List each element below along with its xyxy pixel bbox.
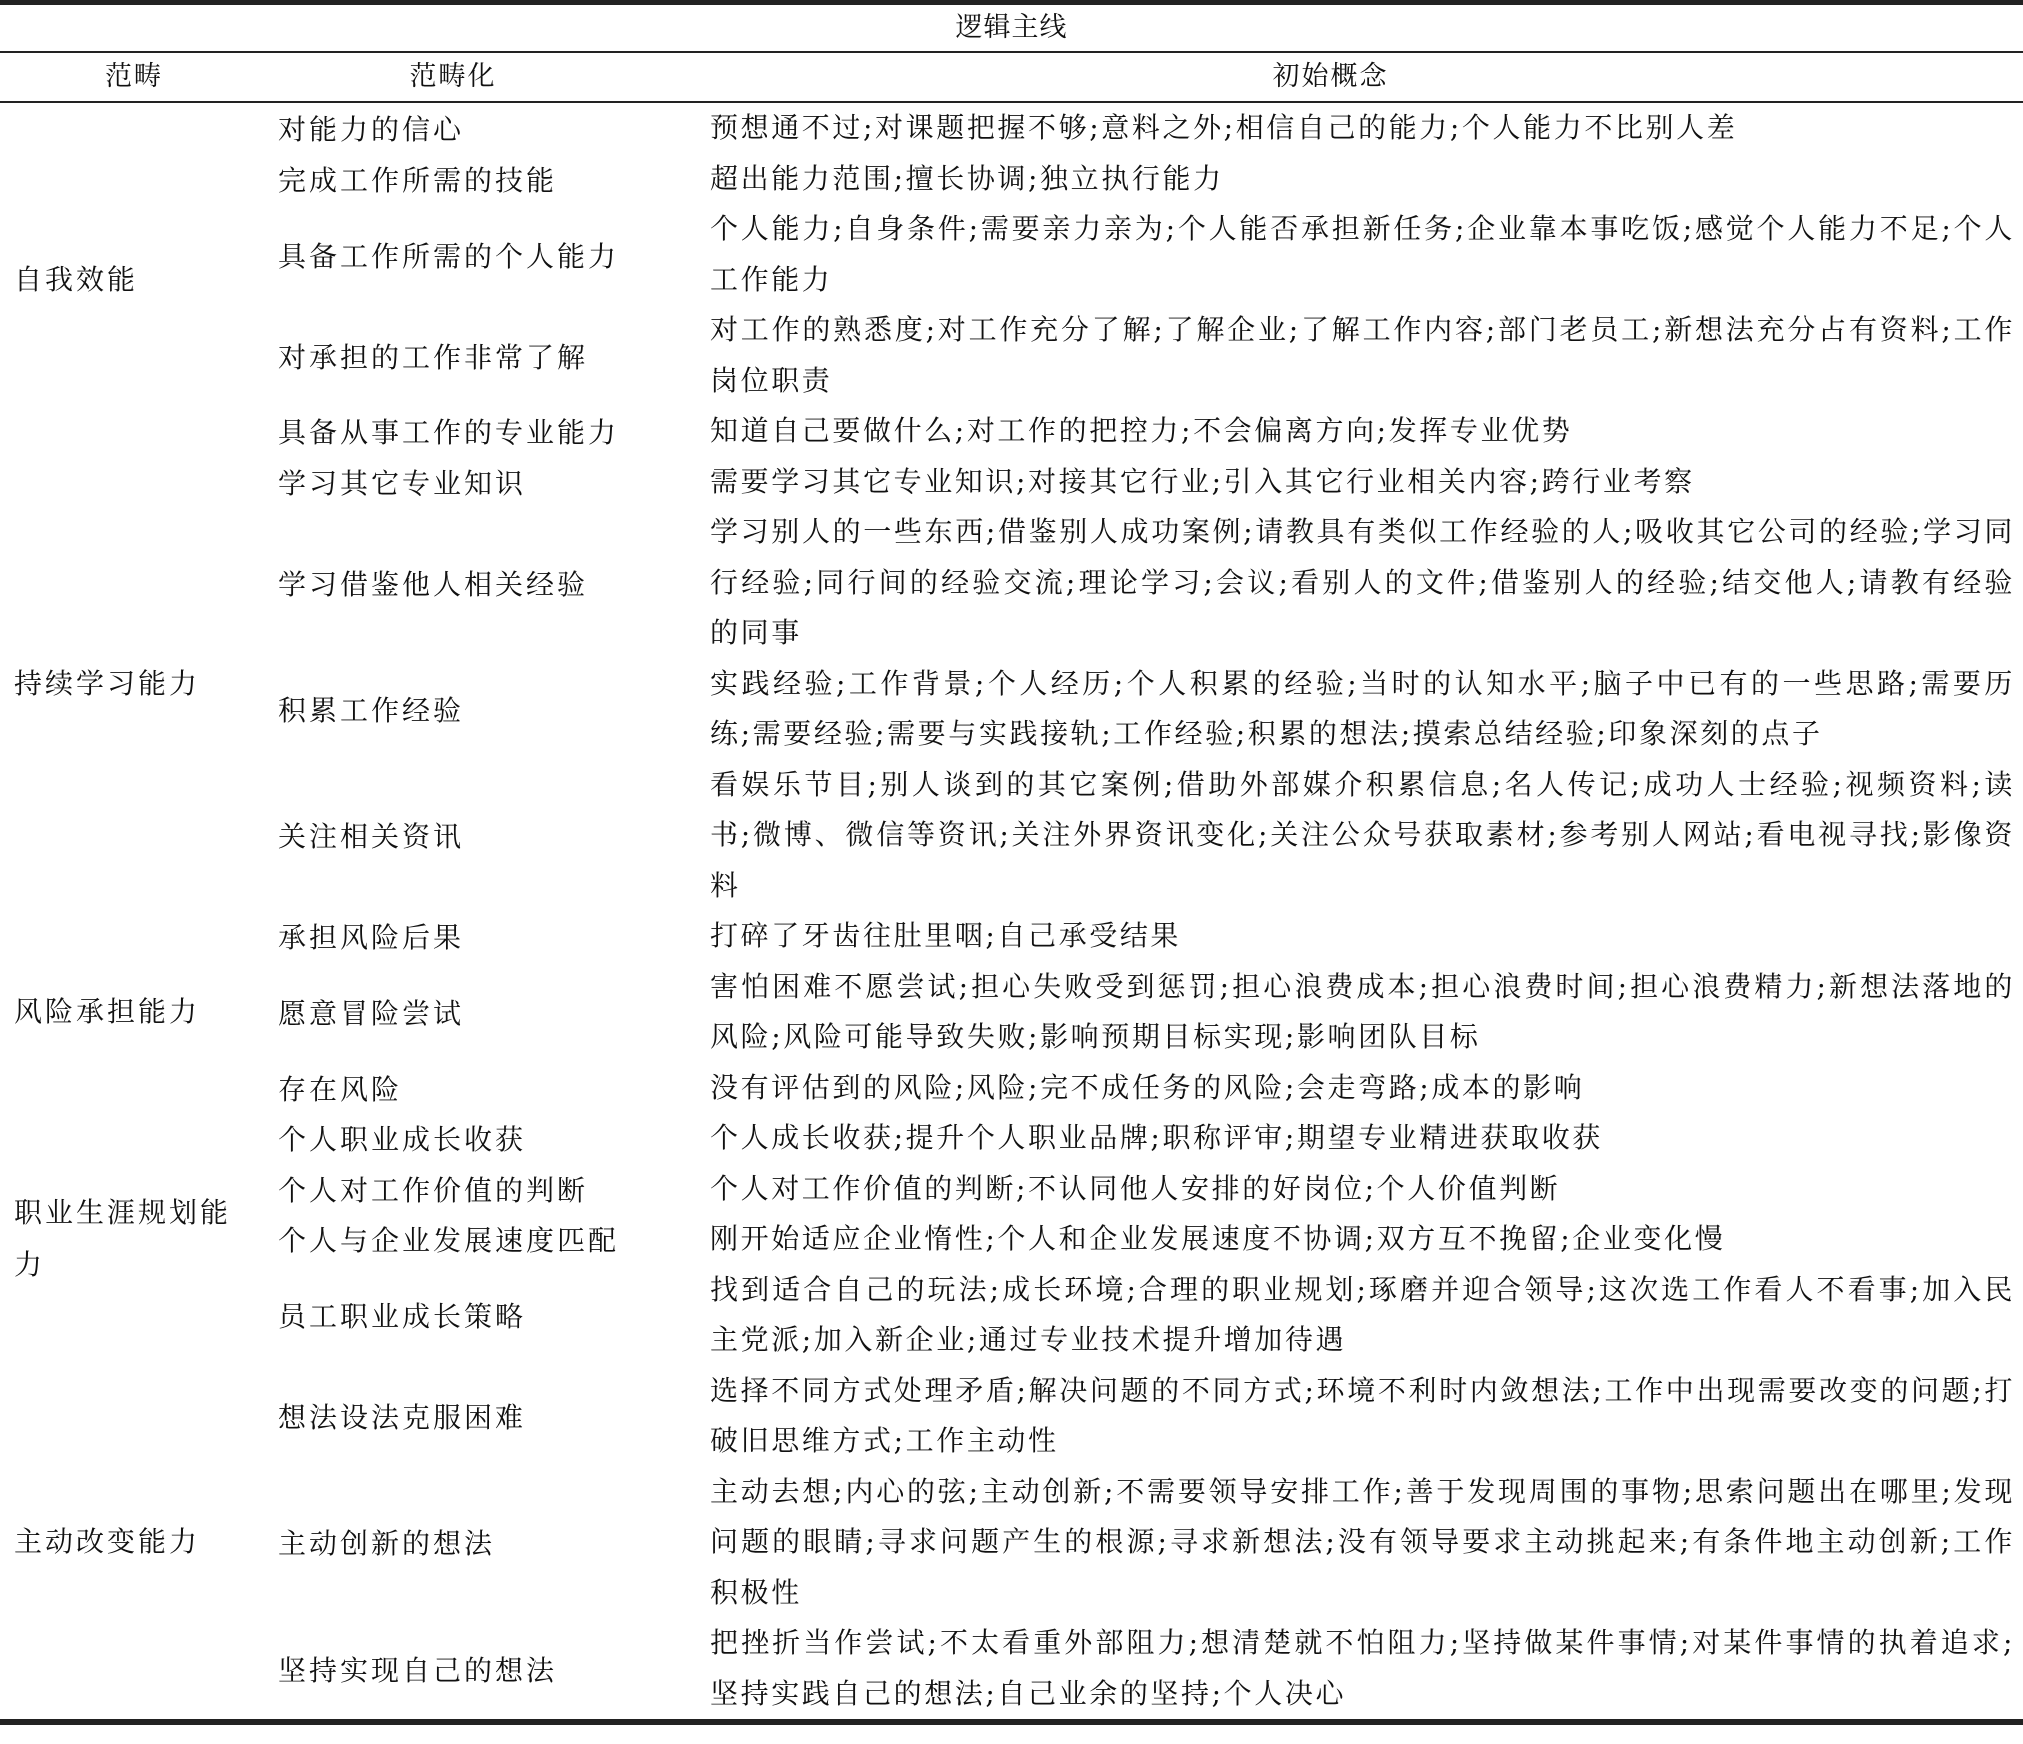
table-row: 员工职业成长策略 找到适合自己的玩法;成长环境;合理的职业规划;琢磨并迎合领导;… [268, 1265, 2023, 1366]
concept-cell: 看娱乐节目;别人谈到的其它案例;借助外部媒介积累信息;名人传记;成功人士经验;视… [698, 760, 2023, 912]
subcategory-cell: 员工职业成长策略 [268, 1295, 698, 1335]
table-row: 具备工作所需的个人能力 个人能力;自身条件;需要亲力亲为;个人能否承担新任务;企… [268, 204, 2023, 305]
table-row: 承担风险后果 打碎了牙齿往肚里咽;自己承受结果 [268, 911, 2023, 962]
table-row: 学习借鉴他人相关经验 学习别人的一些东西;借鉴别人成功案例;请教具有类似工作经验… [268, 507, 2023, 659]
table-row: 关注相关资讯 看娱乐节目;别人谈到的其它案例;借助外部媒介积累信息;名人传记;成… [268, 760, 2023, 912]
table-title: 逻辑主线 [0, 5, 2023, 53]
concept-cell: 没有评估到的风险;风险;完不成任务的风险;会走弯路;成本的影响 [698, 1063, 2023, 1114]
logic-mainline-table: 逻辑主线 范畴 范畴化 初始概念 自我效能 对能力的信心 预想通不过;对课题把握… [0, 0, 2023, 1725]
concept-cell: 打碎了牙齿往肚里咽;自己承受结果 [698, 911, 2023, 962]
category-cell: 自我效能 [0, 103, 268, 457]
table-row: 愿意冒险尝试 害怕困难不愿尝试;担心失败受到惩罚;担心浪费成本;担心浪费时间;担… [268, 962, 2023, 1063]
concept-cell: 个人能力;自身条件;需要亲力亲为;个人能否承担新任务;企业靠本事吃饭;感觉个人能… [698, 204, 2023, 305]
table-row: 完成工作所需的技能 超出能力范围;擅长协调;独立执行能力 [268, 154, 2023, 205]
subcategory-cell: 想法设法克服困难 [268, 1396, 698, 1436]
subcategory-cell: 完成工作所需的技能 [268, 159, 698, 199]
category-label: 主动改变能力 [14, 1516, 244, 1568]
category-group-risk-bearing: 风险承担能力 承担风险后果 打碎了牙齿往肚里咽;自己承受结果 愿意冒险尝试 害怕… [0, 911, 2023, 1113]
concept-cell: 选择不同方式处理矛盾;解决问题的不同方式;环境不利时内敛想法;工作中出现需要改变… [698, 1366, 2023, 1467]
subcategory-cell: 愿意冒险尝试 [268, 992, 698, 1032]
concept-cell: 预想通不过;对课题把握不够;意料之外;相信自己的能力;个人能力不比别人差 [698, 103, 2023, 154]
table-row: 存在风险 没有评估到的风险;风险;完不成任务的风险;会走弯路;成本的影响 [268, 1063, 2023, 1114]
subcategory-cell: 关注相关资讯 [268, 815, 698, 855]
category-label: 职业生涯规划能力 [14, 1187, 244, 1291]
category-label: 自我效能 [14, 254, 244, 306]
subcategory-cell: 个人对工作价值的判断 [268, 1169, 698, 1209]
concept-cell: 主动去想;内心的弦;主动创新;不需要领导安排工作;善于发现周围的事物;思索问题出… [698, 1467, 2023, 1619]
category-cell: 风险承担能力 [0, 911, 268, 1113]
category-cell: 持续学习能力 [0, 457, 268, 912]
table-row: 坚持实现自己的想法 把挫折当作尝试;不太看重外部阻力;想清楚就不怕阻力;坚持做某… [268, 1618, 2023, 1719]
concept-cell: 把挫折当作尝试;不太看重外部阻力;想清楚就不怕阻力;坚持做某件事情;对某件事情的… [698, 1618, 2023, 1719]
concept-cell: 学习别人的一些东西;借鉴别人成功案例;请教具有类似工作经验的人;吸收其它公司的经… [698, 507, 2023, 659]
table-row: 具备从事工作的专业能力 知道自己要做什么;对工作的把控力;不会偏离方向;发挥专业… [268, 406, 2023, 457]
concept-cell: 找到适合自己的玩法;成长环境;合理的职业规划;琢磨并迎合领导;这次选工作看人不看… [698, 1265, 2023, 1366]
subcategory-cell: 个人职业成长收获 [268, 1118, 698, 1158]
header-categorization: 范畴化 [268, 53, 698, 101]
subcategory-cell: 学习借鉴他人相关经验 [268, 563, 698, 603]
concept-cell: 实践经验;工作背景;个人经历;个人积累的经验;当时的认知水平;脑子中已有的一些思… [698, 659, 2023, 760]
table-row: 个人对工作价值的判断 个人对工作价值的判断;不认同他人安排的好岗位;个人价值判断 [268, 1164, 2023, 1215]
subcategory-cell: 对承担的工作非常了解 [268, 336, 698, 376]
category-group-continuous-learning: 持续学习能力 学习其它专业知识 需要学习其它专业知识;对接其它行业;引入其它行业… [0, 457, 2023, 912]
concept-cell: 超出能力范围;擅长协调;独立执行能力 [698, 154, 2023, 205]
concept-cell: 对工作的熟悉度;对工作充分了解;了解企业;了解工作内容;部门老员工;新想法充分占… [698, 305, 2023, 406]
header-initial-concept: 初始概念 [698, 53, 2023, 101]
table-header-row: 范畴 范畴化 初始概念 [0, 53, 2023, 103]
table-row: 对能力的信心 预想通不过;对课题把握不够;意料之外;相信自己的能力;个人能力不比… [268, 103, 2023, 154]
subcategory-cell: 对能力的信心 [268, 108, 698, 148]
subcategory-cell: 具备从事工作的专业能力 [268, 411, 698, 451]
table-row: 个人职业成长收获 个人成长收获;提升个人职业品牌;职称评审;期望专业精进获取收获 [268, 1113, 2023, 1164]
category-label: 风险承担能力 [14, 986, 244, 1038]
subcategory-cell: 个人与企业发展速度匹配 [268, 1219, 698, 1259]
category-cell: 职业生涯规划能力 [0, 1113, 268, 1366]
concept-cell: 害怕困难不愿尝试;担心失败受到惩罚;担心浪费成本;担心浪费时间;担心浪费精力;新… [698, 962, 2023, 1063]
subcategory-cell: 坚持实现自己的想法 [268, 1649, 698, 1689]
category-label: 持续学习能力 [14, 658, 244, 710]
category-cell: 主动改变能力 [0, 1366, 268, 1720]
concept-cell: 个人成长收获;提升个人职业品牌;职称评审;期望专业精进获取收获 [698, 1113, 2023, 1164]
subcategory-cell: 具备工作所需的个人能力 [268, 235, 698, 275]
category-group-proactive-change: 主动改变能力 想法设法克服困难 选择不同方式处理矛盾;解决问题的不同方式;环境不… [0, 1366, 2023, 1720]
subcategory-cell: 学习其它专业知识 [268, 462, 698, 502]
category-group-self-efficacy: 自我效能 对能力的信心 预想通不过;对课题把握不够;意料之外;相信自己的能力;个… [0, 103, 2023, 457]
concept-cell: 知道自己要做什么;对工作的把控力;不会偏离方向;发挥专业优势 [698, 406, 2023, 457]
category-group-career-planning: 职业生涯规划能力 个人职业成长收获 个人成长收获;提升个人职业品牌;职称评审;期… [0, 1113, 2023, 1366]
table-row: 学习其它专业知识 需要学习其它专业知识;对接其它行业;引入其它行业相关内容;跨行… [268, 457, 2023, 508]
subcategory-cell: 积累工作经验 [268, 689, 698, 729]
subcategory-cell: 存在风险 [268, 1068, 698, 1108]
table-row: 对承担的工作非常了解 对工作的熟悉度;对工作充分了解;了解企业;了解工作内容;部… [268, 305, 2023, 406]
table-row: 个人与企业发展速度匹配 刚开始适应企业惰性;个人和企业发展速度不协调;双方互不挽… [268, 1214, 2023, 1265]
table-row: 积累工作经验 实践经验;工作背景;个人经历;个人积累的经验;当时的认知水平;脑子… [268, 659, 2023, 760]
subcategory-cell: 主动创新的想法 [268, 1522, 698, 1562]
subcategory-cell: 承担风险后果 [268, 916, 698, 956]
table-row: 想法设法克服困难 选择不同方式处理矛盾;解决问题的不同方式;环境不利时内敛想法;… [268, 1366, 2023, 1467]
table-row: 主动创新的想法 主动去想;内心的弦;主动创新;不需要领导安排工作;善于发现周围的… [268, 1467, 2023, 1619]
concept-cell: 刚开始适应企业惰性;个人和企业发展速度不协调;双方互不挽留;企业变化慢 [698, 1214, 2023, 1265]
concept-cell: 需要学习其它专业知识;对接其它行业;引入其它行业相关内容;跨行业考察 [698, 457, 2023, 508]
concept-cell: 个人对工作价值的判断;不认同他人安排的好岗位;个人价值判断 [698, 1164, 2023, 1215]
header-category: 范畴 [0, 53, 268, 101]
